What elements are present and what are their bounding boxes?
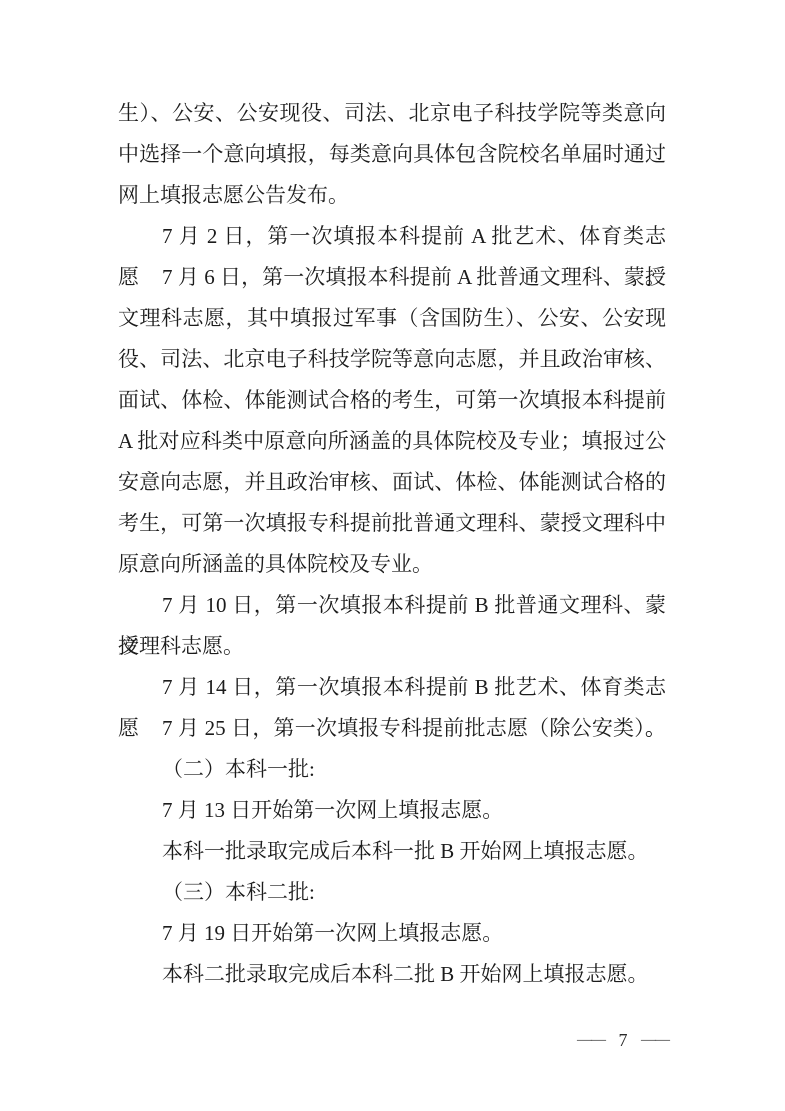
text-line: 7 月 2 日，第一次填报本科提前 A 批艺术、体育类志愿。 — [118, 216, 666, 257]
text-line: 7 月 14 日，第一次填报本科提前 B 批艺术、体育类志愿。 — [118, 667, 666, 708]
text-line: 网上填报志愿公告发布。 — [118, 175, 666, 216]
text-line: 本科二批录取完成后本科二批 B 开始网上填报志愿。 — [118, 954, 666, 995]
document-body: 生）、公安、公安现役、司法、北京电子科技学院等类意向中选择一个意向填报，每类意向… — [118, 93, 666, 995]
footer-dash-right: —— — [641, 1033, 669, 1048]
page-footer: —— 7 —— — [577, 1028, 669, 1052]
text-line: 7 月 10 日，第一次填报本科提前 B 批普通文理科、蒙授 — [118, 585, 666, 626]
text-line: 文理科志愿。 — [118, 626, 666, 667]
text-line: A 批对应科类中原意向所涵盖的具体院校及专业；填报过公 — [118, 421, 666, 462]
text-line: 考生，可第一次填报专科提前批普通文理科、蒙授文理科中 — [118, 503, 666, 544]
text-line: 原意向所涵盖的具体院校及专业。 — [118, 544, 666, 585]
footer-dash-left: —— — [577, 1033, 605, 1048]
text-line: 面试、体检、体能测试合格的考生，可第一次填报本科提前 — [118, 380, 666, 421]
text-line: 7 月 25 日，第一次填报专科提前批志愿（除公安类）。 — [118, 708, 666, 749]
page-number: 7 — [617, 1031, 630, 1049]
text-line: 役、司法、北京电子科技学院等意向志愿，并且政治审核、 — [118, 339, 666, 380]
text-line: 生）、公安、公安现役、司法、北京电子科技学院等类意向 — [118, 93, 666, 134]
text-line: 本科一批录取完成后本科一批 B 开始网上填报志愿。 — [118, 831, 666, 872]
text-line: （三）本科二批: — [118, 872, 666, 913]
text-line: 中选择一个意向填报，每类意向具体包含院校名单届时通过 — [118, 134, 666, 175]
document-page: 生）、公安、公安现役、司法、北京电子科技学院等类意向中选择一个意向填报，每类意向… — [0, 0, 785, 1111]
text-line: 文理科志愿，其中填报过军事（含国防生）、公安、公安现 — [118, 298, 666, 339]
text-line: 7 月 6 日，第一次填报本科提前 A 批普通文理科、蒙授 — [118, 257, 666, 298]
text-line: 7 月 13 日开始第一次网上填报志愿。 — [118, 790, 666, 831]
text-line: （二）本科一批: — [118, 749, 666, 790]
text-line: 7 月 19 日开始第一次网上填报志愿。 — [118, 913, 666, 954]
text-line: 安意向志愿，并且政治审核、面试、体检、体能测试合格的 — [118, 462, 666, 503]
